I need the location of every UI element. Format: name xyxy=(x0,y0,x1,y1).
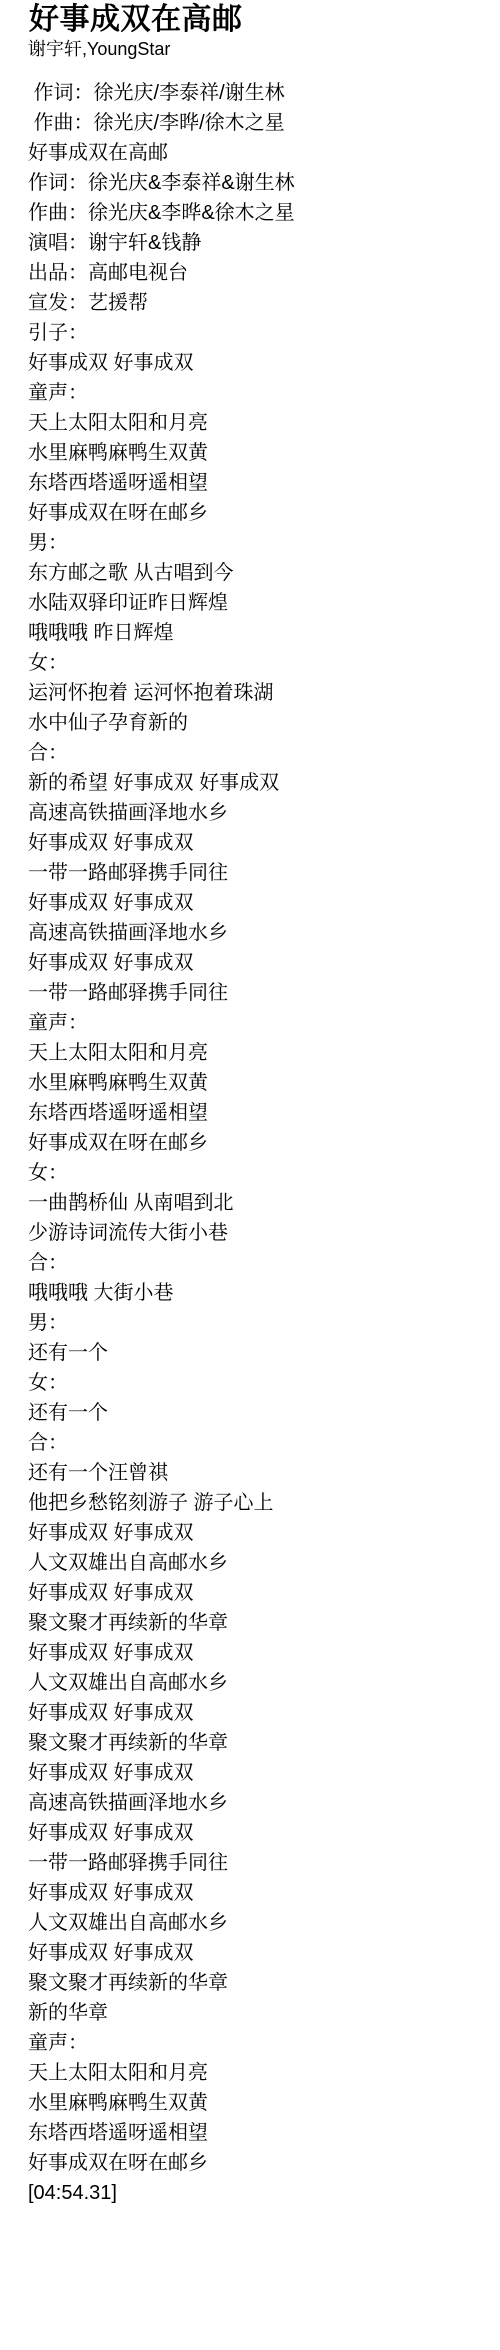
lyric-line: 天上太阳太阳和月亮 xyxy=(28,1038,500,1068)
lyric-line: 东塔西塔遥呀遥相望 xyxy=(28,468,500,498)
lyric-line: 聚文聚才再续新的华章 xyxy=(28,1968,500,1998)
lyric-line: 好事成双 好事成双 xyxy=(28,1878,500,1908)
lyric-line: 人文双雄出自高邮水乡 xyxy=(28,1668,500,1698)
lyric-line: 童声： xyxy=(28,2028,500,2058)
lyric-line: 好事成双 好事成双 xyxy=(28,1518,500,1548)
lyric-line: 哦哦哦 大街小巷 xyxy=(28,1278,500,1308)
lyric-line: 还有一个汪曾祺 xyxy=(28,1458,500,1488)
timestamp-line: [04:54.31] xyxy=(28,2178,500,2208)
lyric-line: 一曲鹊桥仙 从南唱到北 xyxy=(28,1188,500,1218)
lyric-line: 作词：徐光庆/李泰祥/谢生林 xyxy=(28,78,500,108)
artist-name: 谢宇轩,YoungStar xyxy=(0,37,500,61)
lyric-line: 男： xyxy=(28,528,500,558)
lyric-line: 好事成双在呀在邮乡 xyxy=(28,1128,500,1158)
lyric-line: 天上太阳太阳和月亮 xyxy=(28,408,500,438)
lyric-line: 新的华章 xyxy=(28,1998,500,2028)
lyric-line: 好事成双 好事成双 xyxy=(28,1698,500,1728)
lyric-line: 好事成双 好事成双 xyxy=(28,1638,500,1668)
lyric-line: 哦哦哦 昨日辉煌 xyxy=(28,618,500,648)
lyric-line: 一带一路邮驿携手同往 xyxy=(28,1848,500,1878)
lyric-line: 聚文聚才再续新的华章 xyxy=(28,1728,500,1758)
lyric-line: 一带一路邮驿携手同往 xyxy=(28,858,500,888)
lyric-line: 引子： xyxy=(28,318,500,348)
lyrics-page: 好事成双在高邮 谢宇轩,YoungStar 作词：徐光庆/李泰祥/谢生林 作曲：… xyxy=(0,0,500,2350)
lyric-line: 还有一个 xyxy=(28,1338,500,1368)
lyric-line: 好事成双 好事成双 xyxy=(28,1818,500,1848)
lyric-line: 女： xyxy=(28,648,500,678)
lyric-line: 好事成双 好事成双 xyxy=(28,828,500,858)
lyric-line: 好事成双 好事成双 xyxy=(28,1938,500,1968)
lyric-line: 合： xyxy=(28,1428,500,1458)
lyric-line: 女： xyxy=(28,1368,500,1398)
lyric-line: 人文双雄出自高邮水乡 xyxy=(28,1548,500,1578)
lyric-line: 高速高铁描画泽地水乡 xyxy=(28,798,500,828)
lyric-line: 好事成双 好事成双 xyxy=(28,1758,500,1788)
lyric-line: 好事成双 好事成双 xyxy=(28,348,500,378)
lyric-line: 作曲：徐光庆&李晔&徐木之星 xyxy=(28,198,500,228)
lyric-line: 好事成双 好事成双 xyxy=(28,888,500,918)
lyric-line: 东塔西塔遥呀遥相望 xyxy=(28,2118,500,2148)
lyric-line: 童声： xyxy=(28,1008,500,1038)
lyric-line: 童声： xyxy=(28,378,500,408)
lyric-line: 合： xyxy=(28,738,500,768)
lyric-line: 水中仙子孕育新的 xyxy=(28,708,500,738)
lyric-line: 水里麻鸭麻鸭生双黄 xyxy=(28,1068,500,1098)
lyric-line: 水里麻鸭麻鸭生双黄 xyxy=(28,438,500,468)
song-title: 好事成双在高邮 xyxy=(0,0,500,37)
lyric-line: 男： xyxy=(28,1308,500,1338)
lyric-line: 好事成双在高邮 xyxy=(28,138,500,168)
lyric-line: 高速高铁描画泽地水乡 xyxy=(28,918,500,948)
lyric-line: 水陆双驿印证昨日辉煌 xyxy=(28,588,500,618)
lyric-line: 还有一个 xyxy=(28,1398,500,1428)
lyric-line: 人文双雄出自高邮水乡 xyxy=(28,1908,500,1938)
lyric-line: 运河怀抱着 运河怀抱着珠湖 xyxy=(28,678,500,708)
lyric-line: 水里麻鸭麻鸭生双黄 xyxy=(28,2088,500,2118)
lyric-line: 东方邮之歌 从古唱到今 xyxy=(28,558,500,588)
lyric-line: 他把乡愁铭刻游子 游子心上 xyxy=(28,1488,500,1518)
lyric-line: 合： xyxy=(28,1248,500,1278)
lyric-line: 作词：徐光庆&李泰祥&谢生林 xyxy=(28,168,500,198)
lyric-line: 聚文聚才再续新的华章 xyxy=(28,1608,500,1638)
lyric-line: 好事成双在呀在邮乡 xyxy=(28,498,500,528)
lyric-line: 天上太阳太阳和月亮 xyxy=(28,2058,500,2088)
lyric-line: 出品：高邮电视台 xyxy=(28,258,500,288)
lyric-line: 少游诗词流传大街小巷 xyxy=(28,1218,500,1248)
lyric-line: 好事成双 好事成双 xyxy=(28,1578,500,1608)
lyric-line: 新的希望 好事成双 好事成双 xyxy=(28,768,500,798)
lyric-line: 作曲：徐光庆/李晔/徐木之星 xyxy=(28,108,500,138)
lyric-line: 东塔西塔遥呀遥相望 xyxy=(28,1098,500,1128)
lyric-line: 好事成双 好事成双 xyxy=(28,948,500,978)
lyric-line: 宣发：艺援帮 xyxy=(28,288,500,318)
lyric-line: 好事成双在呀在邮乡 xyxy=(28,2148,500,2178)
lyric-line: 一带一路邮驿携手同往 xyxy=(28,978,500,1008)
lyric-line: 高速高铁描画泽地水乡 xyxy=(28,1788,500,1818)
lyric-line: 女： xyxy=(28,1158,500,1188)
lyrics-body: 作词：徐光庆/李泰祥/谢生林 作曲：徐光庆/李晔/徐木之星好事成双在高邮作词：徐… xyxy=(0,61,500,2178)
lyric-line: 演唱：谢宇轩&钱静 xyxy=(28,228,500,258)
timestamp-container: [04:54.31] xyxy=(0,2178,500,2208)
